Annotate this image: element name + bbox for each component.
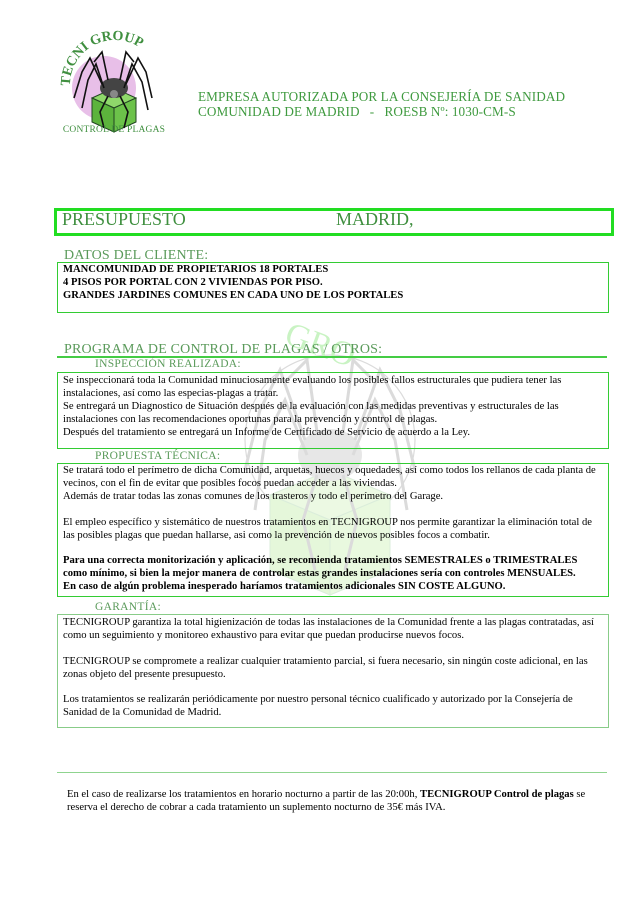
guarantee-paragraph: TECNIGROUP garantiza la total higienizac… xyxy=(63,617,603,643)
inspection-box: Se inspeccionará toda la Comunidad minuc… xyxy=(57,372,609,449)
note-text: En el caso de realizarse los tratamiento… xyxy=(67,789,420,800)
note-company: TECNIGROUP Control de plagas xyxy=(420,789,574,800)
logo-caption: CONTROL DE PLAGAS xyxy=(54,125,174,135)
footer-divider xyxy=(57,772,607,773)
guarantee-title: GARANTÍA: xyxy=(95,601,161,613)
proposal-paragraph: Además de tratar todas las zonas comunes… xyxy=(63,491,603,504)
presupuesto-title: PRESUPUESTO xyxy=(62,209,186,230)
inspection-paragraph: Después del tratamiento se entregará un … xyxy=(63,427,603,440)
proposal-paragraph: El empleo específico y sistemático de nu… xyxy=(63,517,603,543)
guarantee-paragraph: TECNIGROUP se compromete a realizar cual… xyxy=(63,656,603,682)
proposal-box: Se tratará todo el perímetro de dicha Co… xyxy=(57,463,609,597)
proposal-recommendation: Para una correcta monitorización y aplic… xyxy=(63,555,603,581)
inspection-title: INSPECCIÓN REALIZADA: xyxy=(95,358,241,370)
proposal-paragraph: Se tratará todo el perímetro de dicha Co… xyxy=(63,465,603,491)
proposal-guarantee-note: En caso de algún problema inesperado har… xyxy=(63,581,603,594)
client-line: GRANDES JARDINES COMUNES EN CADA UNO DE … xyxy=(63,290,603,303)
header-registration: COMUNIDAD DE MADRID - ROESB Nº: 1030-CM-… xyxy=(198,104,516,120)
client-data-box: MANCOMUNIDAD DE PROPIETARIOS 18 PORTALES… xyxy=(57,262,609,313)
presupuesto-city: MADRID, xyxy=(336,209,414,230)
inspection-paragraph: Se entregará un Diagnostico de Situación… xyxy=(63,401,603,427)
night-surcharge-note: En el caso de realizarse los tratamiento… xyxy=(67,789,602,815)
inspection-paragraph: Se inspeccionará toda la Comunidad minuc… xyxy=(63,375,603,401)
guarantee-paragraph: Los tratamientos se realizarán periódica… xyxy=(63,694,603,720)
proposal-title: PROPUESTA TÉCNICA: xyxy=(95,450,220,462)
tecnigroup-logo: TECNI GROUP xyxy=(52,28,172,138)
header-authorization: EMPRESA AUTORIZADA POR LA CONSEJERÍA DE … xyxy=(198,89,565,105)
client-line: MANCOMUNIDAD DE PROPIETARIOS 18 PORTALES xyxy=(63,264,603,277)
guarantee-box: TECNIGROUP garantiza la total higienizac… xyxy=(57,614,609,728)
client-line: 4 PISOS POR PORTAL CON 2 VIVIENDAS POR P… xyxy=(63,277,603,290)
